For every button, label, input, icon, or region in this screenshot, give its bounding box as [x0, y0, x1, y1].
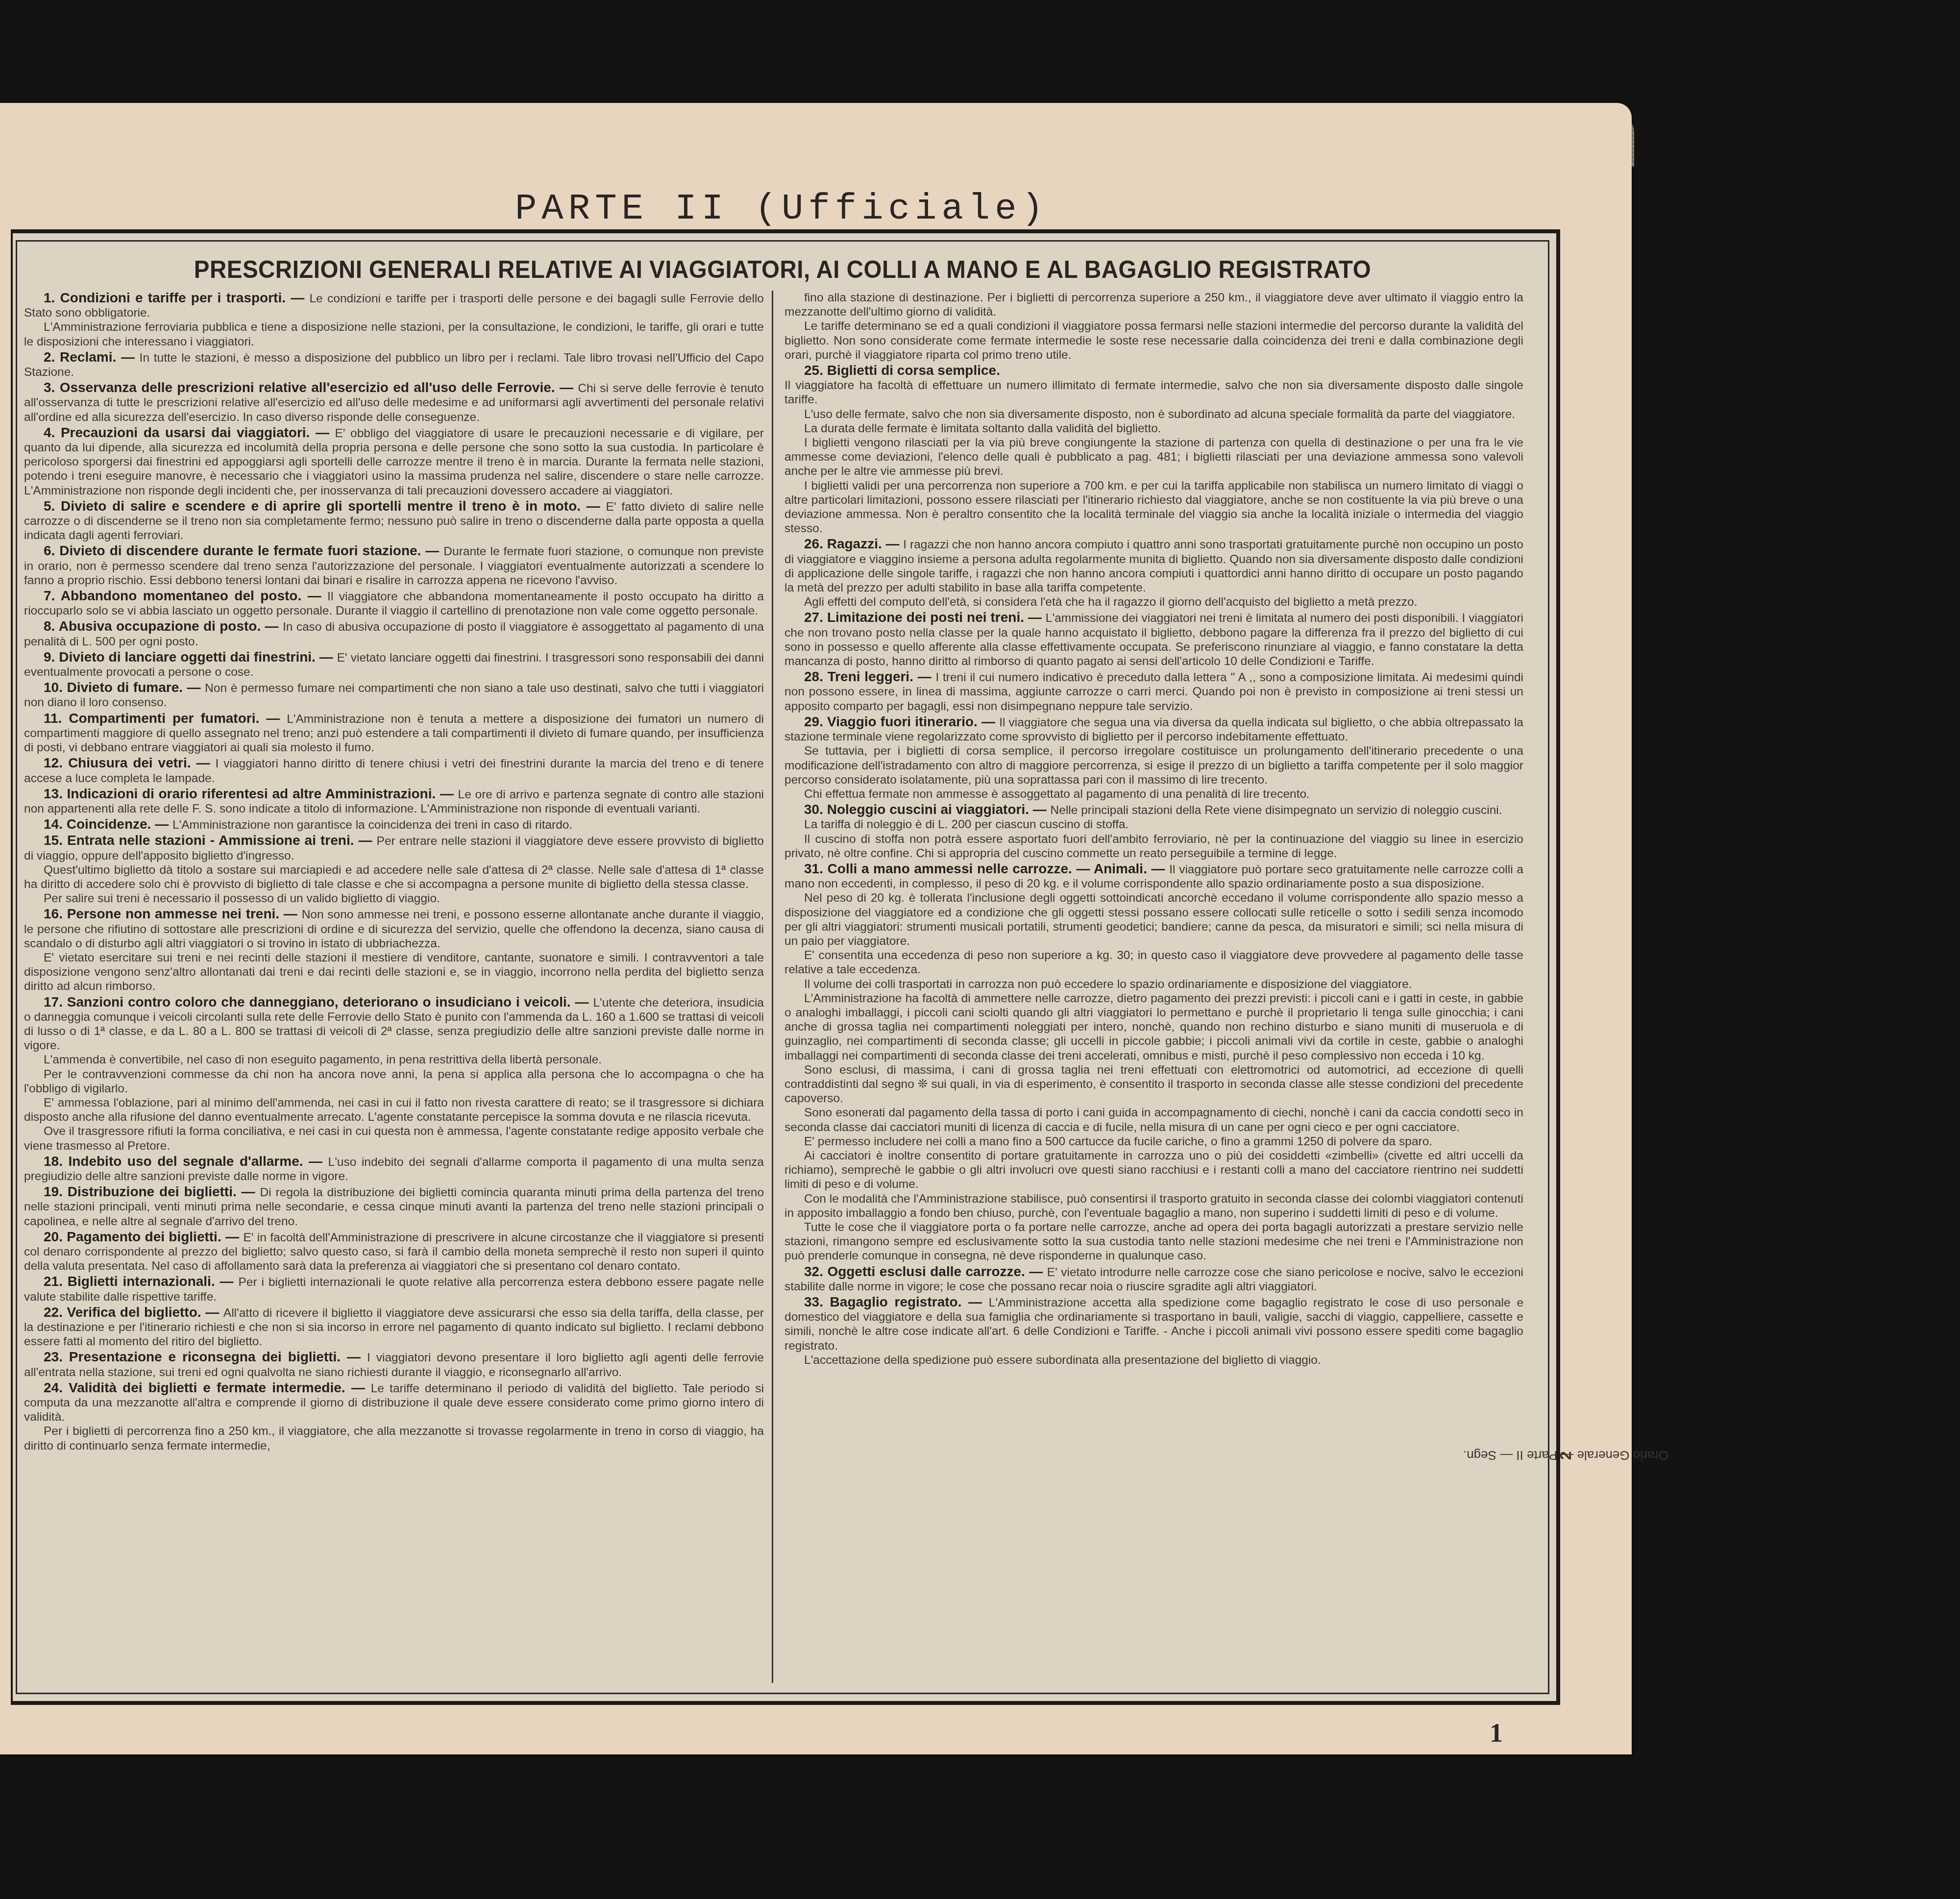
article-section: 10. Divieto di fumare. — Non è permesso …: [24, 680, 764, 710]
article-section: fino alla stazione di destinazione. Per …: [784, 291, 1523, 362]
article-section: 11. Compartimenti per fumatori. — L'Ammi…: [24, 711, 764, 755]
article-paragraph: fino alla stazione di destinazione. Per …: [784, 291, 1523, 319]
article-title: 27. Limitazione dei posti nei treni. —: [804, 610, 1046, 625]
article-title: 11. Compartimenti per fumatori. —: [44, 711, 287, 726]
article-paragraph: Con le modalità che l'Amministrazione st…: [784, 1192, 1523, 1220]
article-title: 6. Divieto di discendere durante le ferm…: [44, 543, 443, 558]
article-section: 8. Abusiva occupazione di posto. — In ca…: [24, 619, 764, 648]
article-title: 31. Colli a mano ammessi nelle carrozze.…: [804, 861, 1169, 876]
article-paragraph: Quest'ultimo biglietto dà titolo a sosta…: [24, 863, 764, 891]
article-text: Nel peso di 20 kg. è tollerata l'inclusi…: [784, 891, 1523, 948]
article-text: Ai cacciatori è inoltre consentito di po…: [784, 1149, 1523, 1191]
article-text: E' permesso includere nei colli a mano f…: [804, 1135, 1432, 1148]
article-section: 19. Distribuzione dei biglietti. — Di re…: [24, 1184, 764, 1229]
article-paragraph: I biglietti validi per una percorrenza n…: [784, 479, 1523, 536]
article-paragraph: Per le contravvenzioni commesse da chi n…: [24, 1067, 764, 1096]
article-section: 27. Limitazione dei posti nei treni. — L…: [784, 610, 1523, 668]
article-paragraph: 19. Distribuzione dei biglietti. — Di re…: [24, 1184, 764, 1229]
article-paragraph: 20. Pagamento dei biglietti. — E' in fac…: [24, 1230, 764, 1274]
side-label-text: Orario Generale — Parte II — Segn.: [1463, 1448, 1668, 1463]
article-text: L'ammenda è convertibile, nel caso di no…: [44, 1053, 602, 1066]
article-section: 13. Indicazioni di orario riferentesi ad…: [24, 787, 764, 816]
article-title: 28. Treni leggeri. —: [804, 669, 935, 684]
article-text: Chi effettua fermate non ammesse è assog…: [804, 788, 1310, 801]
article-paragraph: La durata delle fermate è limitata solta…: [784, 421, 1523, 436]
left-column: 1. Condizioni e tariffe per i trasporti.…: [24, 291, 764, 1683]
article-paragraph: 30. Noleggio cuscini ai viaggiatori. — N…: [784, 802, 1523, 817]
article-paragraph: 32. Oggetti esclusi dalle carrozze. — E'…: [784, 1264, 1523, 1294]
article-paragraph: 15. Entrata nelle stazioni - Ammissione …: [24, 833, 764, 863]
article-title: 10. Divieto di fumare. —: [44, 680, 205, 695]
side-label: Orario Generale — Parte II — Segn. 2: [1556, 1235, 1575, 1676]
article-title: 8. Abusiva occupazione di posto. —: [44, 618, 283, 634]
article-text: L'Amministrazione non garantisce la coin…: [172, 818, 572, 832]
article-paragraph: 28. Treni leggeri. — I treni il cui nume…: [784, 669, 1523, 714]
article-paragraph: 5. Divieto di salire e scendere e di apr…: [24, 499, 764, 543]
article-paragraph: 6. Divieto di discendere durante le ferm…: [24, 543, 764, 588]
article-title: 24. Validità dei biglietti e fermate int…: [44, 1380, 371, 1395]
article-section: 5. Divieto di salire e scendere e di apr…: [24, 499, 764, 543]
article-text: L'accettazione della spedizione può esse…: [804, 1354, 1321, 1367]
article-paragraph: 33. Bagaglio registrato. — L'Amministraz…: [784, 1295, 1523, 1353]
article-paragraph: L'accettazione della spedizione può esse…: [784, 1353, 1523, 1367]
article-title: 7. Abbandono momentaneo del posto. —: [44, 588, 327, 603]
article-section: 1. Condizioni e tariffe per i trasporti.…: [24, 291, 764, 349]
article-text: E' vietato esercitare sui treni e nei re…: [24, 951, 764, 993]
article-text: E' consentita una eccedenza di peso non …: [784, 949, 1523, 976]
article-paragraph: 10. Divieto di fumare. — Non è permesso …: [24, 680, 764, 710]
article-text: L'Amministrazione ferroviaria pubblica e…: [24, 321, 764, 348]
article-section: 23. Presentazione e riconsegna dei bigli…: [24, 1350, 764, 1379]
article-section: 30. Noleggio cuscini ai viaggiatori. — N…: [784, 802, 1523, 861]
article-paragraph: 22. Verifica del biglietto. — All'atto d…: [24, 1305, 764, 1349]
article-paragraph: Sono esclusi, di massima, i cani di gros…: [784, 1063, 1523, 1106]
article-title: 1. Condizioni e tariffe per i trasporti.…: [44, 290, 309, 305]
article-text: L'uso delle fermate, salvo che non sia d…: [804, 408, 1515, 421]
article-text: Quest'ultimo biglietto dà titolo a sosta…: [24, 863, 764, 891]
article-paragraph: 26. Ragazzi. — I ragazzi che non hanno a…: [784, 537, 1523, 595]
article-title: 20. Pagamento dei biglietti. —: [44, 1229, 243, 1244]
article-paragraph: E' ammessa l'oblazione, pari al minimo d…: [24, 1096, 764, 1124]
article-section: 2. Reclami. — In tutte le stazioni, è me…: [24, 350, 764, 379]
article-title: 21. Biglietti internazionali. —: [44, 1274, 239, 1289]
article-section: 22. Verifica del biglietto. — All'atto d…: [24, 1305, 764, 1349]
article-title: 26. Ragazzi. —: [804, 536, 903, 551]
article-section: 24. Validità dei biglietti e fermate int…: [24, 1381, 764, 1453]
article-title: 32. Oggetti esclusi dalle carrozze. —: [804, 1264, 1047, 1279]
article-paragraph: Le tariffe determinano se ed a quali con…: [784, 319, 1523, 362]
article-text: Per i biglietti di percorrenza fino a 25…: [24, 1425, 764, 1452]
part-title: PARTE II (Ufficiale): [0, 189, 1563, 230]
article-paragraph: 4. Precauzioni da usarsi dai viaggiatori…: [24, 425, 764, 498]
article-title: 14. Coincidenze. —: [44, 816, 172, 832]
article-section: 15. Entrata nelle stazioni - Ammissione …: [24, 833, 764, 906]
article-section: 12. Chiusura dei vetri. — I viaggiatori …: [24, 756, 764, 785]
article-paragraph: 13. Indicazioni di orario riferentesi ad…: [24, 787, 764, 816]
article-paragraph: Per salire sui treni è necessario il pos…: [24, 891, 764, 906]
article-title: 23. Presentazione e riconsegna dei bigli…: [44, 1349, 367, 1364]
article-paragraph: L'uso delle fermate, salvo che non sia d…: [784, 407, 1523, 421]
main-heading: PRESCRIZIONI GENERALI RELATIVE AI VIAGGI…: [55, 255, 1510, 284]
article-text: Se tuttavia, per i biglietti di corsa se…: [784, 744, 1523, 786]
article-paragraph: 11. Compartimenti per fumatori. — L'Ammi…: [24, 711, 764, 755]
article-text: L'Amministrazione ha facoltà di ammetter…: [784, 992, 1523, 1062]
right-column: fino alla stazione di destinazione. Per …: [784, 291, 1523, 1683]
article-paragraph: Per i biglietti di percorrenza fino a 25…: [24, 1424, 764, 1453]
article-text: Con le modalità che l'Amministrazione st…: [784, 1192, 1523, 1220]
article-text: Sono esclusi, di massima, i cani di gros…: [784, 1063, 1523, 1105]
article-text: I biglietti validi per una percorrenza n…: [784, 479, 1523, 536]
article-text: Ove il trasgressore rifiuti la forma con…: [24, 1125, 764, 1152]
article-title: 4. Precauzioni da usarsi dai viaggiatori…: [44, 425, 335, 440]
article-paragraph: 8. Abusiva occupazione di posto. — In ca…: [24, 619, 764, 648]
article-text: E' ammessa l'oblazione, pari al minimo d…: [24, 1096, 764, 1124]
article-title: 30. Noleggio cuscini ai viaggiatori. —: [804, 802, 1051, 817]
article-title: 12. Chiusura dei vetri. —: [44, 755, 215, 770]
article-text: fino alla stazione di destinazione. Per …: [784, 291, 1523, 319]
article-paragraph: Sono esonerati dal pagamento della tassa…: [784, 1106, 1523, 1134]
article-text: Agli effetti del computo dell'età, si co…: [804, 595, 1418, 609]
article-paragraph: 16. Persone non ammesse nei treni. — Non…: [24, 907, 764, 951]
article-paragraph: 1. Condizioni e tariffe per i trasporti.…: [24, 291, 764, 320]
article-paragraph: 24. Validità dei biglietti e fermate int…: [24, 1381, 764, 1425]
article-section: 3. Osservanza delle prescrizioni relativ…: [24, 380, 764, 424]
article-text: Tutte le cose che il viaggiatore porta o…: [784, 1221, 1523, 1262]
article-paragraph: E' vietato esercitare sui treni e nei re…: [24, 951, 764, 994]
article-paragraph: Ove il trasgressore rifiuti la forma con…: [24, 1124, 764, 1153]
article-section: 14. Coincidenze. — L'Amministrazione non…: [24, 817, 764, 832]
article-paragraph: Tutte le cose che il viaggiatore porta o…: [784, 1220, 1523, 1263]
article-paragraph: E' consentita una eccedenza di peso non …: [784, 948, 1523, 977]
article-section: 6. Divieto di discendere durante le ferm…: [24, 543, 764, 588]
article-section: 17. Sanzioni contro coloro che danneggia…: [24, 995, 764, 1153]
article-paragraph: Nel peso di 20 kg. è tollerata l'inclusi…: [784, 891, 1523, 948]
article-text: Il cuscino di stoffa non potrà essere as…: [784, 833, 1523, 860]
page-number: 1: [1490, 1718, 1503, 1748]
article-paragraph: Se tuttavia, per i biglietti di corsa se…: [784, 744, 1523, 787]
article-paragraph: 17. Sanzioni contro coloro che danneggia…: [24, 995, 764, 1053]
article-text: La tariffa di noleggio è di L. 200 per c…: [804, 818, 1128, 831]
article-text: La durata delle fermate è limitata solta…: [804, 422, 1161, 435]
article-title: 5. Divieto di salire e scendere e di apr…: [44, 498, 606, 514]
article-paragraph: 12. Chiusura dei vetri. — I viaggiatori …: [24, 756, 764, 785]
article-section: 9. Divieto di lanciare oggetti dai fines…: [24, 650, 764, 679]
frame-inner-border: PRESCRIZIONI GENERALI RELATIVE AI VIAGGI…: [16, 240, 1549, 1694]
article-paragraph: 7. Abbandono momentaneo del posto. — Il …: [24, 589, 764, 618]
article-section: 16. Persone non ammesse nei treni. — Non…: [24, 907, 764, 993]
article-section: 4. Precauzioni da usarsi dai viaggiatori…: [24, 425, 764, 498]
article-paragraph: L'Amministrazione ha facoltà di ammetter…: [784, 991, 1523, 1063]
article-title: 2. Reclami. —: [44, 349, 140, 365]
article-title: 3. Osservanza delle prescrizioni relativ…: [44, 380, 578, 395]
article-title: 25. Biglietti di corsa semplice.: [804, 363, 1000, 378]
article-title: 18. Indebito uso del segnale d'allarme. …: [44, 1154, 328, 1169]
article-paragraph: Ai cacciatori è inoltre consentito di po…: [784, 1149, 1523, 1192]
article-title: 22. Verifica del biglietto. —: [44, 1305, 223, 1320]
article-paragraph: 29. Viaggio fuori itinerario. — Il viagg…: [784, 715, 1523, 744]
article-text: Per le contravvenzioni commesse da chi n…: [24, 1068, 764, 1095]
article-text: I biglietti vengono rilasciati per la vi…: [784, 436, 1523, 478]
article-text: Per salire sui treni è necessario il pos…: [44, 892, 440, 905]
article-title: 16. Persone non ammesse nei treni. —: [44, 906, 302, 921]
article-section: 20. Pagamento dei biglietti. — E' in fac…: [24, 1230, 764, 1274]
article-title: 17. Sanzioni contro coloro che danneggia…: [44, 994, 593, 1010]
article-section: 28. Treni leggeri. — I treni il cui nume…: [784, 669, 1523, 714]
article-text: Il viaggiatore ha facoltà di effettuare …: [784, 379, 1523, 406]
article-section: 33. Bagaglio registrato. — L'Amministraz…: [784, 1295, 1523, 1367]
article-paragraph: Chi effettua fermate non ammesse è assog…: [784, 787, 1523, 801]
article-paragraph: Agli effetti del computo dell'età, si co…: [784, 595, 1523, 609]
article-paragraph: E' permesso includere nei colli a mano f…: [784, 1134, 1523, 1149]
article-section: 29. Viaggio fuori itinerario. — Il viagg…: [784, 715, 1523, 801]
article-text: Sono esonerati dal pagamento della tassa…: [784, 1106, 1523, 1134]
article-paragraph: 25. Biglietti di corsa semplice. Il viag…: [784, 363, 1523, 407]
article-paragraph: 31. Colli a mano ammessi nelle carrozze.…: [784, 862, 1523, 891]
article-paragraph: Il cuscino di stoffa non potrà essere as…: [784, 832, 1523, 861]
column-divider: [772, 291, 773, 1683]
article-title: 15. Entrata nelle stazioni - Ammissione …: [44, 833, 377, 848]
article-section: 25. Biglietti di corsa semplice. Il viag…: [784, 363, 1523, 536]
article-title: 13. Indicazioni di orario riferentesi ad…: [44, 786, 458, 801]
article-section: 7. Abbandono momentaneo del posto. — Il …: [24, 589, 764, 618]
article-section: 18. Indebito uso del segnale d'allarme. …: [24, 1154, 764, 1184]
article-paragraph: Il volume dei colli trasportati in carro…: [784, 977, 1523, 991]
article-title: 19. Distribuzione dei biglietti. —: [44, 1184, 260, 1199]
article-paragraph: L'ammenda è convertibile, nel caso di no…: [24, 1053, 764, 1067]
article-paragraph: 14. Coincidenze. — L'Amministrazione non…: [24, 817, 764, 832]
article-title: 9. Divieto di lanciare oggetti dai fines…: [44, 649, 337, 665]
article-title: 29. Viaggio fuori itinerario. —: [804, 714, 999, 729]
article-text: Le tariffe determinano se ed a quali con…: [784, 320, 1523, 361]
article-paragraph: 27. Limitazione dei posti nei treni. — L…: [784, 610, 1523, 668]
article-paragraph: 23. Presentazione e riconsegna dei bigli…: [24, 1350, 764, 1379]
article-paragraph: 9. Divieto di lanciare oggetti dai fines…: [24, 650, 764, 679]
article-paragraph: La tariffa di noleggio è di L. 200 per c…: [784, 817, 1523, 832]
article-section: 31. Colli a mano ammessi nelle carrozze.…: [784, 862, 1523, 1263]
article-paragraph: I biglietti vengono rilasciati per la vi…: [784, 436, 1523, 479]
article-section: 32. Oggetti esclusi dalle carrozze. — E'…: [784, 1264, 1523, 1294]
article-text: Il volume dei colli trasportati in carro…: [804, 978, 1412, 991]
article-paragraph: L'Amministrazione ferroviaria pubblica e…: [24, 320, 764, 348]
article-paragraph: 3. Osservanza delle prescrizioni relativ…: [24, 380, 764, 424]
article-text: Nelle principali stazioni della Rete vie…: [1051, 804, 1502, 817]
article-section: 21. Biglietti internazionali. — Per i bi…: [24, 1274, 764, 1304]
article-paragraph: 21. Biglietti internazionali. — Per i bi…: [24, 1274, 764, 1304]
content-frame: PRESCRIZIONI GENERALI RELATIVE AI VIAGGI…: [11, 229, 1560, 1705]
article-paragraph: 18. Indebito uso del segnale d'allarme. …: [24, 1154, 764, 1184]
article-paragraph: 2. Reclami. — In tutte le stazioni, è me…: [24, 350, 764, 379]
article-section: 26. Ragazzi. — I ragazzi che non hanno a…: [784, 537, 1523, 609]
article-title: 33. Bagaglio registrato. —: [804, 1294, 989, 1309]
